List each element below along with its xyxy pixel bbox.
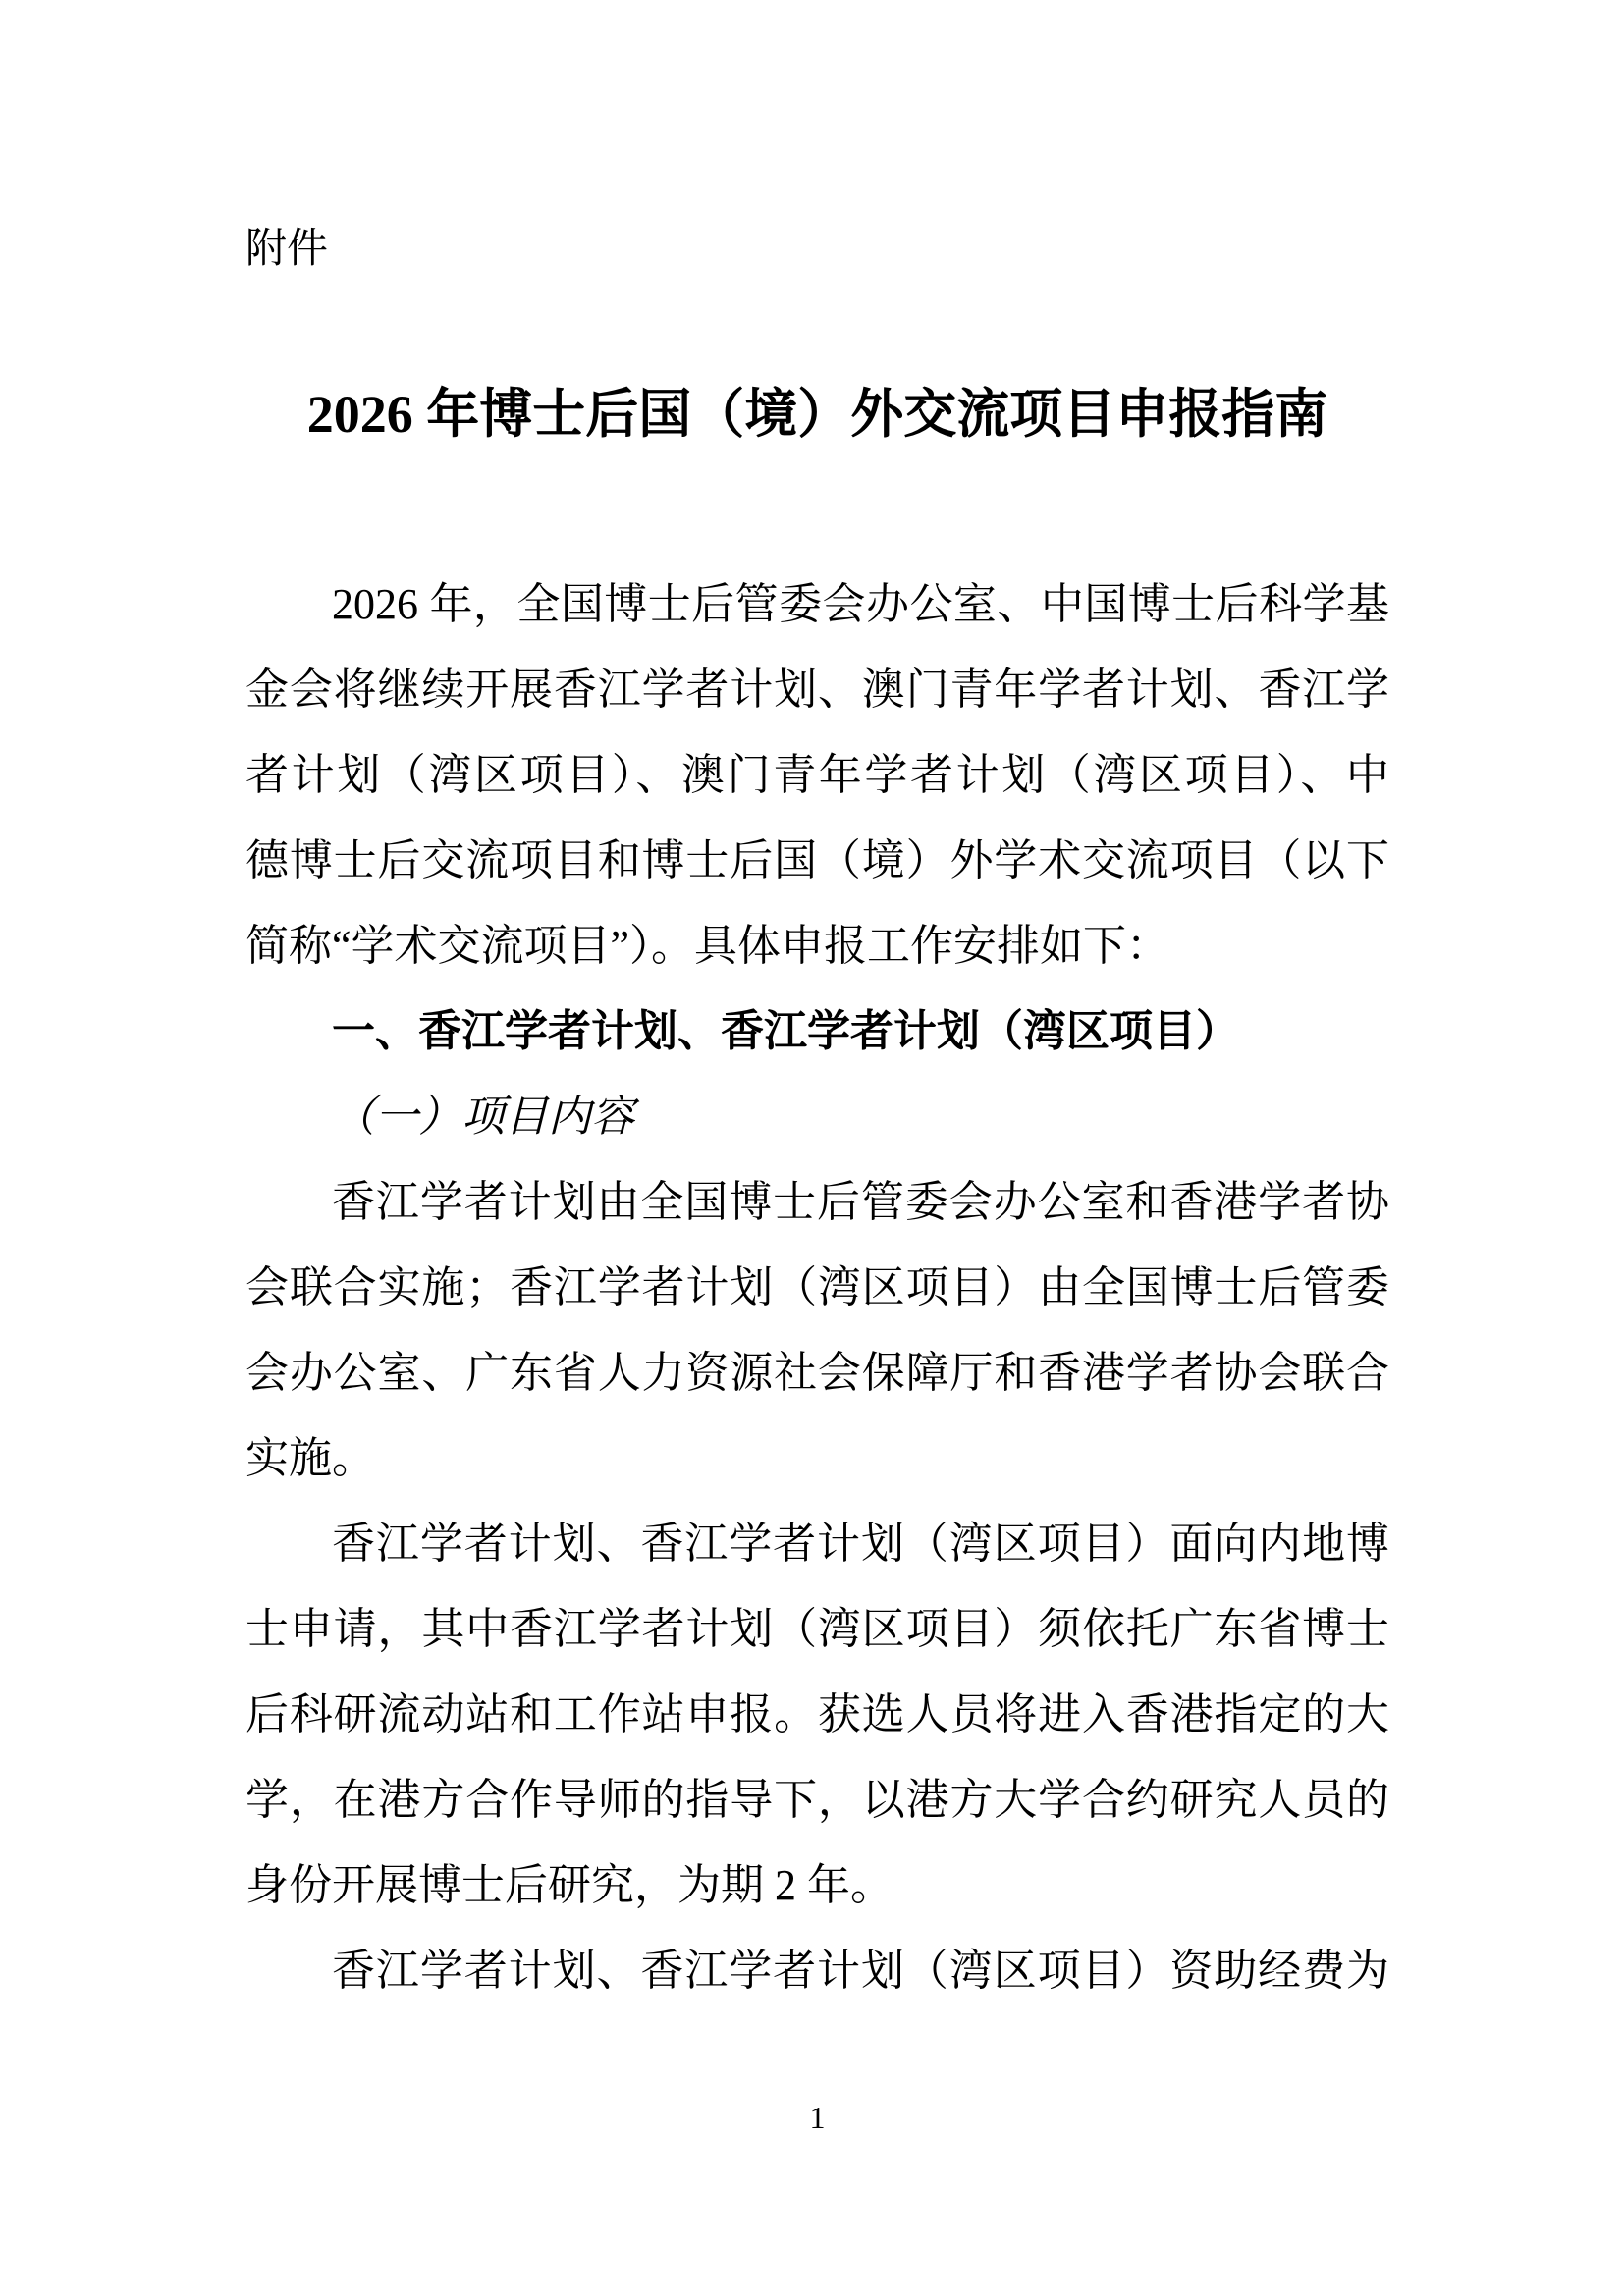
paragraph: 香江学者计划、香江学者计划（湾区项目）面向内地博士申请，其中香江学者计划（湾区项… [245, 1501, 1389, 1928]
document-page: 附件 2026 年博士后国（境）外交流项目申报指南 2026 年，全国博士后管委… [0, 0, 1624, 2296]
text-line: 一、香江学者计划、香江学者计划（湾区项目） [245, 988, 1389, 1074]
page-number: 1 [245, 2102, 1389, 2133]
text-line: 学，在港方合作导师的指导下，以港方大学合约研究人员的 [245, 1757, 1389, 1842]
text-line: 者计划（湾区项目）、澳门青年学者计划（湾区项目）、中 [245, 732, 1389, 818]
text-line: 会办公室、广东省人力资源社会保障厅和香港学者协会联合 [245, 1330, 1389, 1415]
text-line: 身份开展博士后研究，为期 2 年。 [245, 1842, 1389, 1928]
attachment-label: 附件 [245, 228, 1389, 269]
paragraph: 香江学者计划由全国博士后管委会办公室和香港学者协会联合实施；香江学者计划（湾区项… [245, 1159, 1389, 1501]
text-line: （一）项目内容 [245, 1074, 1389, 1159]
paragraph: 一、香江学者计划、香江学者计划（湾区项目） [245, 988, 1389, 1074]
text-line: 香江学者计划由全国博士后管委会办公室和香港学者协 [245, 1159, 1389, 1245]
text-line: 香江学者计划、香江学者计划（湾区项目）资助经费为 [245, 1928, 1389, 2013]
text-line: 香江学者计划、香江学者计划（湾区项目）面向内地博 [245, 1501, 1389, 1586]
paragraph: 香江学者计划、香江学者计划（湾区项目）资助经费为 [245, 1928, 1389, 2013]
page-title: 2026 年博士后国（境）外交流项目申报指南 [245, 377, 1389, 452]
text-line: 德博士后交流项目和博士后国（境）外学术交流项目（以下 [245, 818, 1389, 903]
text-line: 金会将继续开展香江学者计划、澳门青年学者计划、香江学 [245, 647, 1389, 732]
text-line: 士申请，其中香江学者计划（湾区项目）须依托广东省博士 [245, 1586, 1389, 1672]
paragraph: （一）项目内容 [245, 1074, 1389, 1159]
document-body: 2026 年，全国博士后管委会办公室、中国博士后科学基金会将继续开展香江学者计划… [245, 561, 1389, 2013]
text-line: 2026 年，全国博士后管委会办公室、中国博士后科学基 [245, 561, 1389, 647]
text-line: 实施。 [245, 1415, 1389, 1501]
text-line: 后科研流动站和工作站申报。获选人员将进入香港指定的大 [245, 1672, 1389, 1757]
text-line: 会联合实施；香江学者计划（湾区项目）由全国博士后管委 [245, 1245, 1389, 1330]
paragraph: 2026 年，全国博士后管委会办公室、中国博士后科学基金会将继续开展香江学者计划… [245, 561, 1389, 988]
text-line: 简称“学术交流项目”）。具体申报工作安排如下： [245, 903, 1389, 988]
